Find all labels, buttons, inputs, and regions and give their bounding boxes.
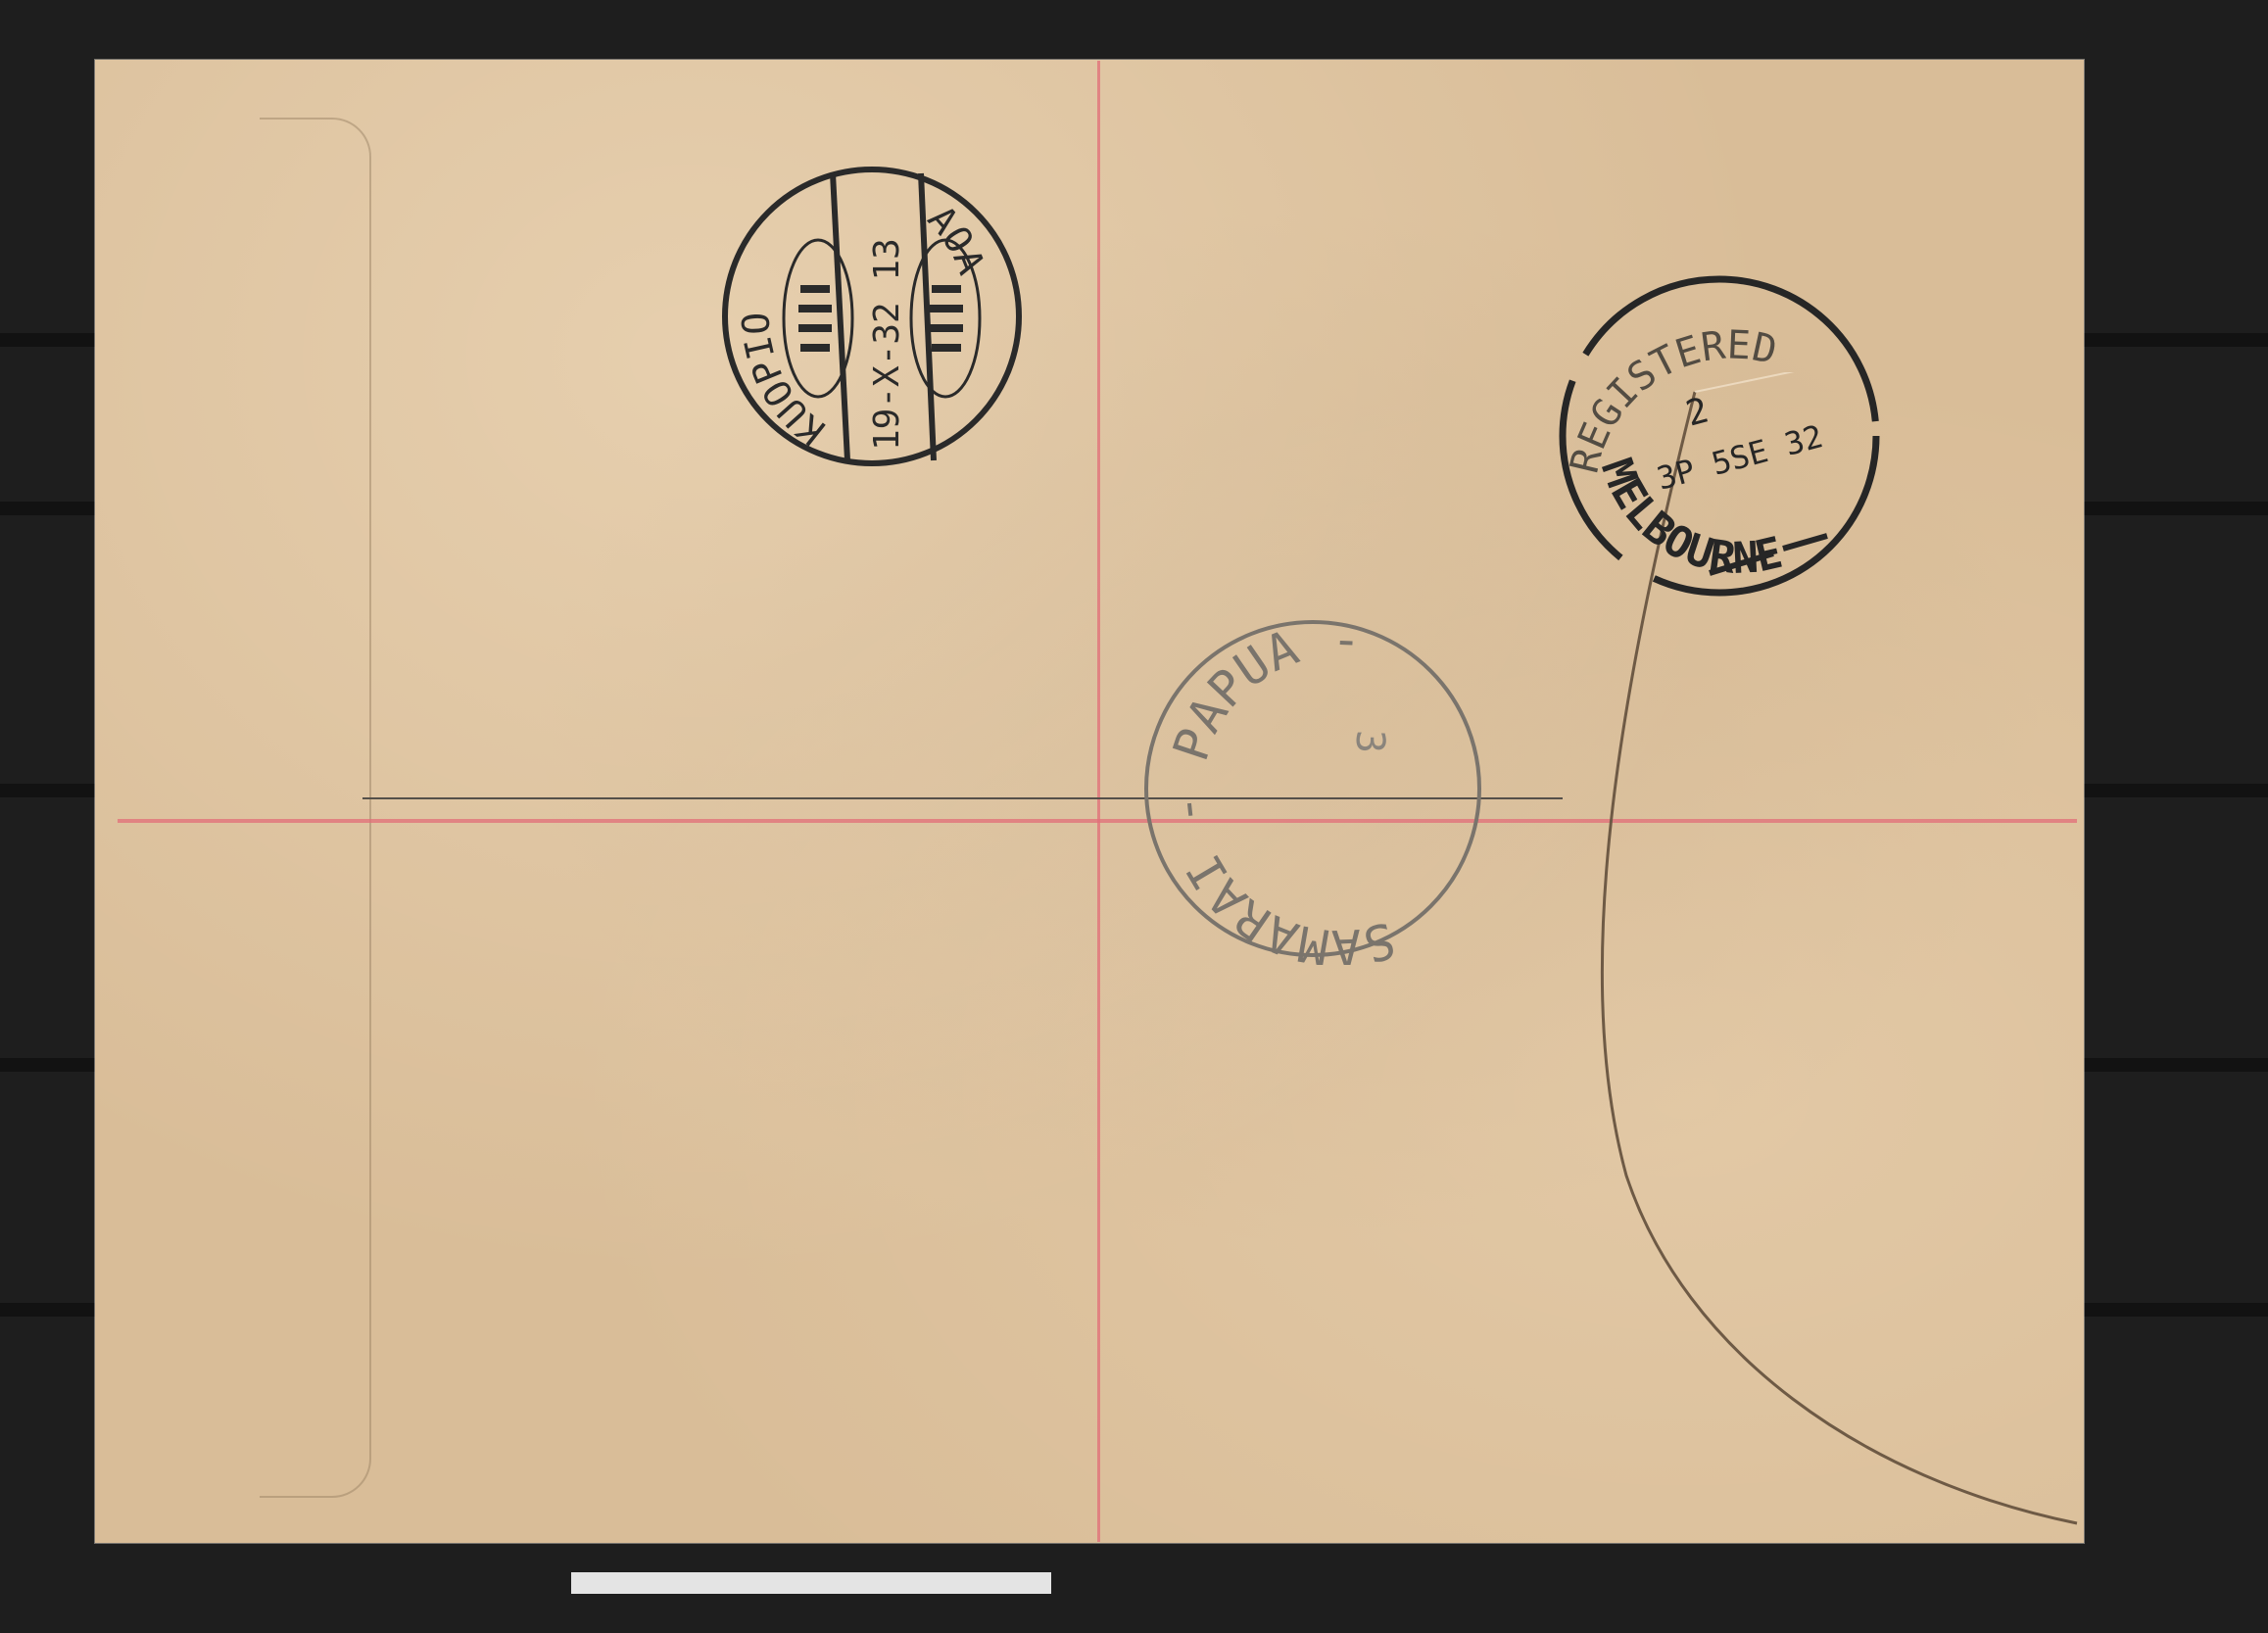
- postmark-kuopio: KUOPIO AOA 19-X-32 13: [710, 162, 1034, 470]
- registration-line-vertical: [1097, 61, 1100, 1542]
- album-label-strip: [571, 1572, 1051, 1594]
- postmark-melbourne: REGISTERED MELBOURNE 2 3P 5SE 32: [1543, 250, 1891, 617]
- postmark-melbourne-date: 3P 5SE 32: [1653, 417, 1826, 498]
- registration-line-horizontal: [118, 819, 2077, 823]
- postmark-samarai-papua: SAMARAI - PAPUA - 3: [1136, 612, 1489, 965]
- envelope-side-flap: [260, 118, 371, 1498]
- postmark-samarai-ring-text: SAMARAI - PAPUA -: [1136, 612, 1460, 965]
- postmark-kuopio-code: AOA: [920, 198, 993, 281]
- postmark-samarai-date: 3: [1347, 730, 1392, 753]
- postmark-kuopio-date: 19-X-32 13: [867, 238, 907, 451]
- postmark-melbourne-day: 2: [1682, 390, 1713, 434]
